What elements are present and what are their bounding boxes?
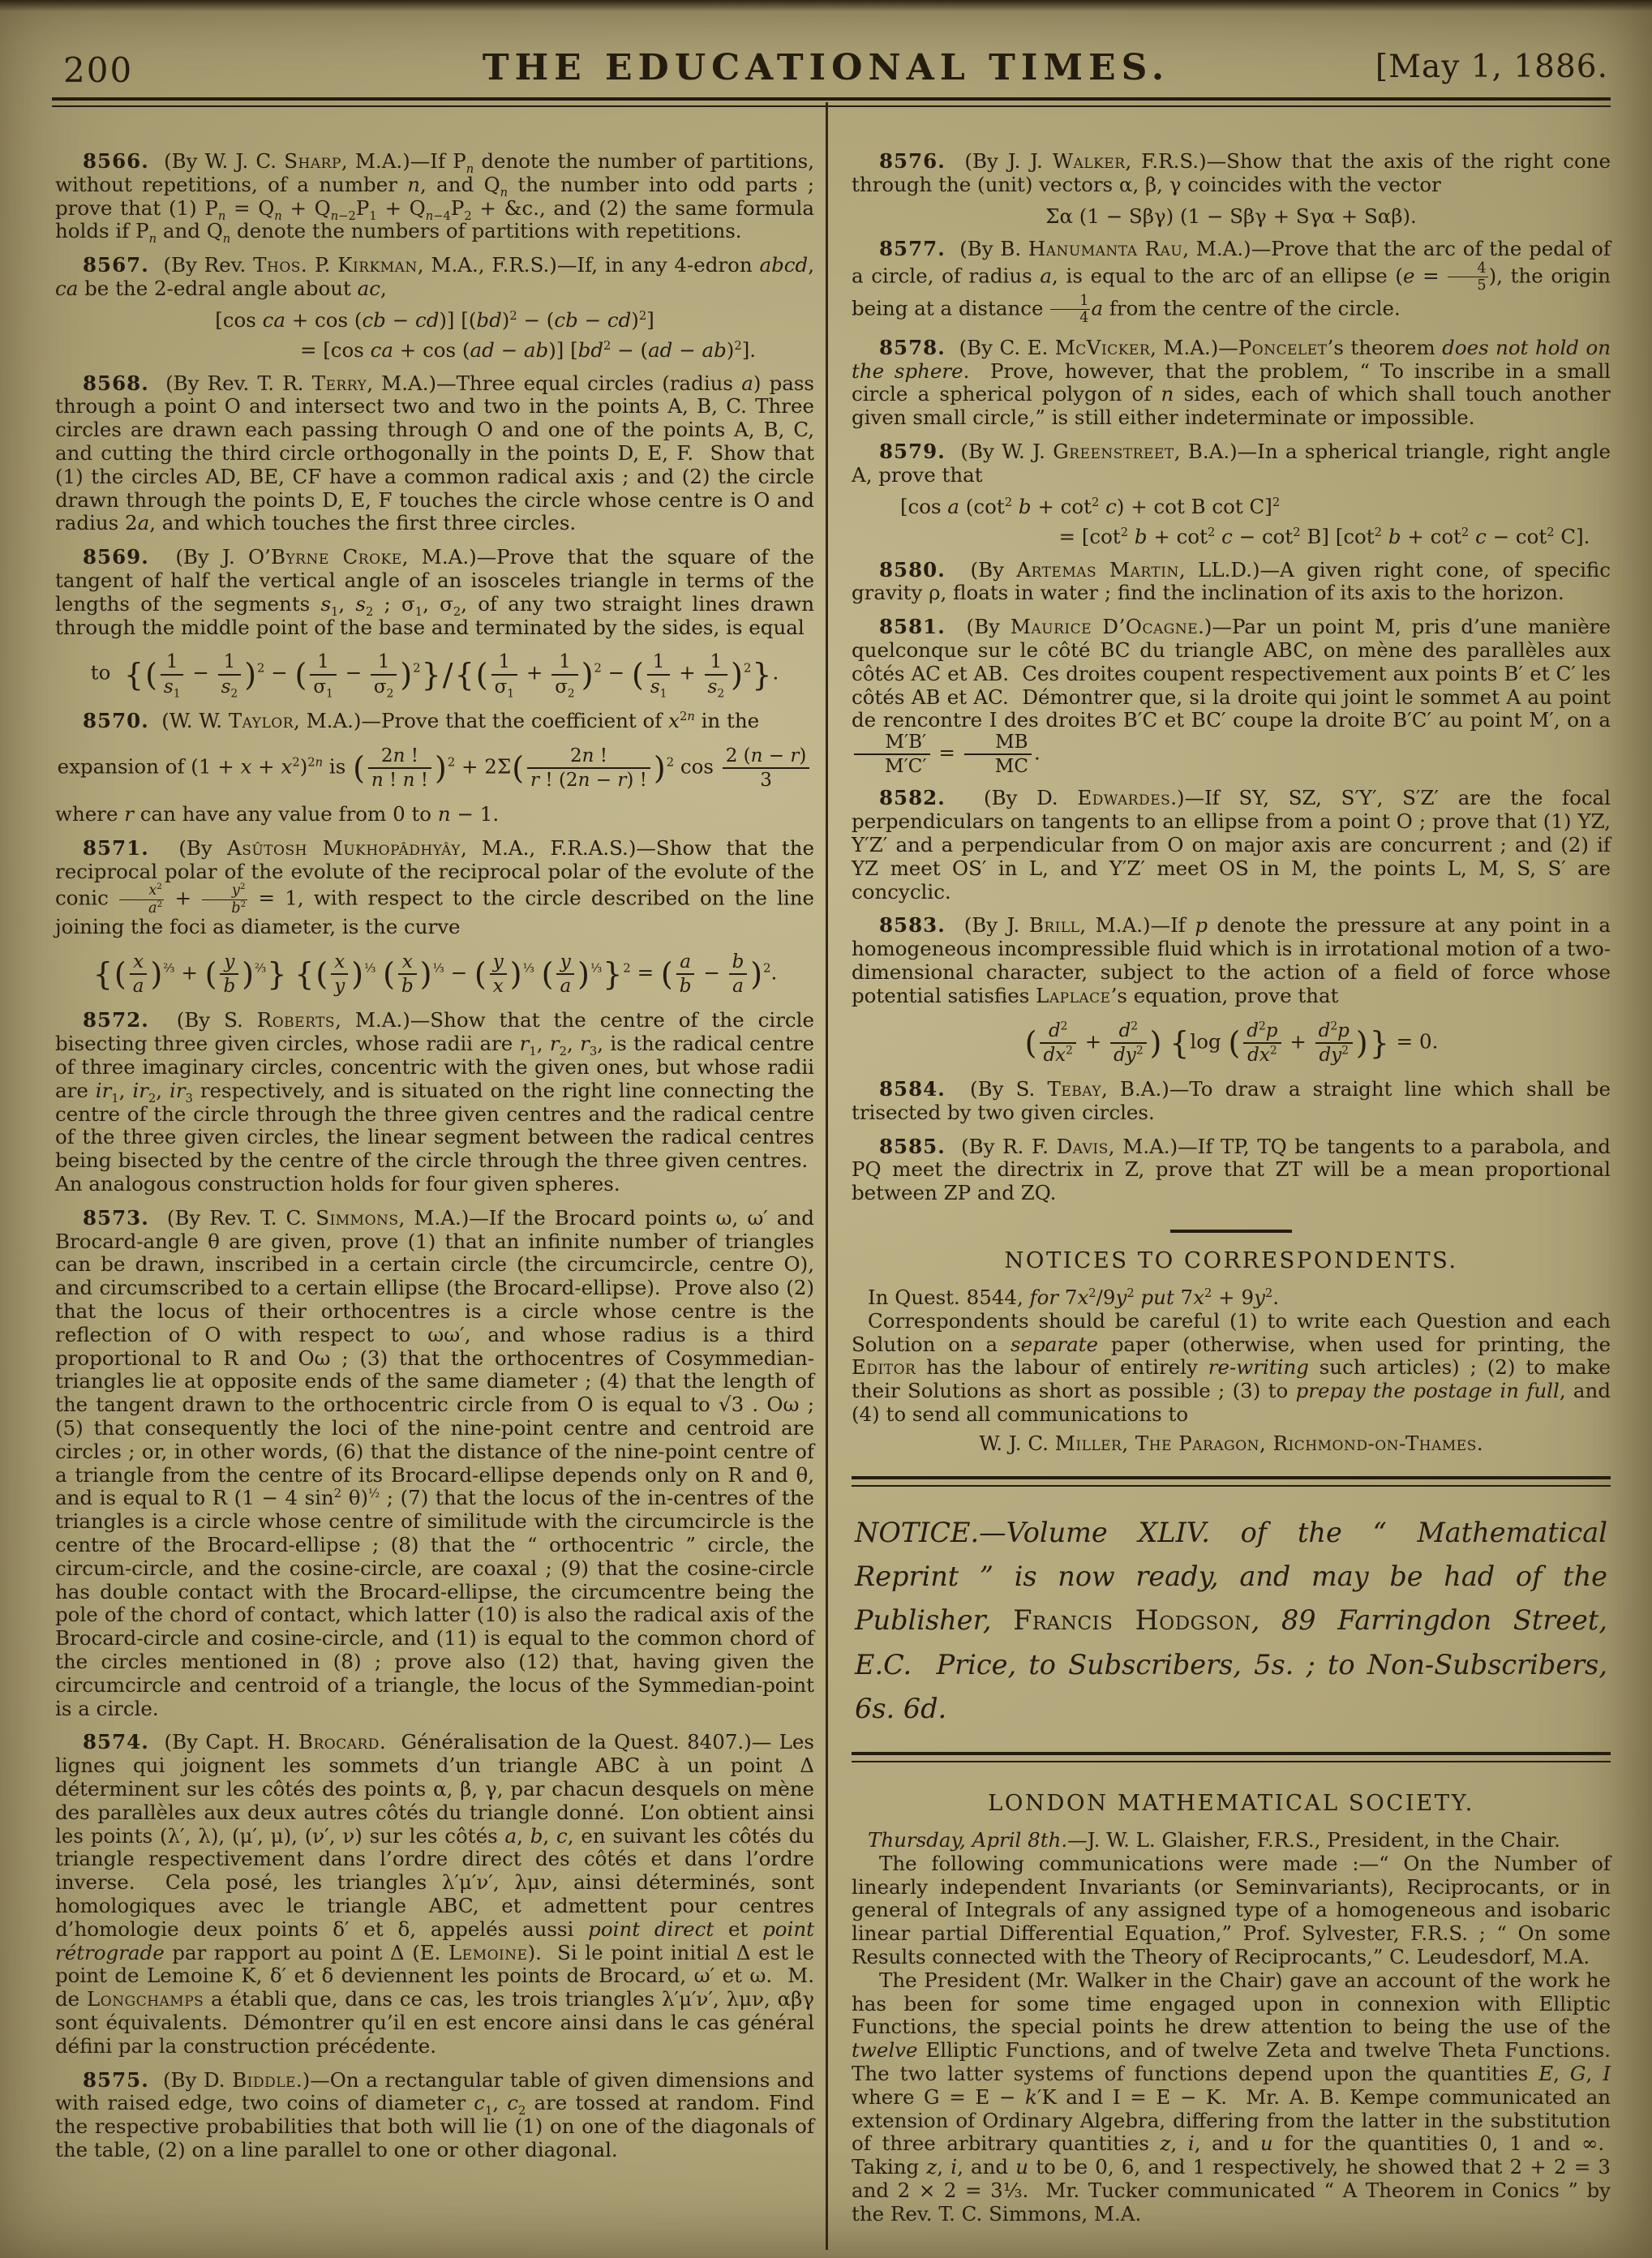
problem-8581: 8581. (By Maurice D’Ocagne.)—Par un poin… (852, 616, 1611, 776)
problem-8566: 8566. (By W. J. C. Sharp, M.A.)—If Pn de… (55, 150, 814, 243)
problem-8582: 8582. (By D. Edwardes.)—If SY, SZ, S′Y′,… (852, 787, 1611, 904)
double-rule-below-notice (852, 1752, 1611, 1762)
reprint-notice: NOTICE.—Volume XLIV. of the “ Mathematic… (855, 1511, 1607, 1731)
notices-correction: In Quest. 8544, for 7x2/9y2 put 7x2 + 9y… (852, 1286, 1611, 1310)
problem-8585: 8585. (By R. F. Davis, M.A.)—If TP, TQ b… (852, 1135, 1611, 1205)
formula-8583: (d2dx2 + d2dy2) {log (d2pdx2 + d2pdy2)} … (852, 1021, 1611, 1065)
left-column: 8566. (By W. J. C. Sharp, M.A.)—If Pn de… (55, 140, 814, 2162)
problem-8576: 8576. (By J. J. Walker, F.R.S.)—Show tha… (852, 150, 1611, 197)
notices-address: W. J. C. Miller, The Paragon, Richmond-o… (852, 1432, 1611, 1455)
problem-8569: 8569. (By J. O’Byrne Croke, M.A.)—Prove … (55, 546, 814, 639)
problem-8571: 8571. (By Asûtosh Mukhopâdhyây, M.A., F.… (55, 837, 814, 939)
problem-8578: 8578. (By C. E. McVicker, M.A.)—Poncelet… (852, 337, 1611, 430)
formula-8567-1: [cos ca + cos (cb − cd)] [(bd)2 − (cb − … (55, 309, 814, 331)
header-rule (52, 97, 1611, 107)
lms-president-account: The President (Mr. Walker in the Chair) … (852, 1969, 1611, 2226)
problem-8570-continued: where r can have any value from 0 to n −… (55, 803, 814, 826)
column-divider-rule (826, 102, 828, 2250)
problem-8567: 8567. (By Rev. Thos. P. Kirkman, M.A., F… (55, 254, 814, 301)
notices-instructions: Correspondents should be careful (1) to … (852, 1310, 1611, 1427)
problem-8568: 8568. (By Rev. T. R. Terry, M.A.)—Three … (55, 372, 814, 536)
problem-8577: 8577. (By B. Hanumanta Rau, M.A.)—Prove … (852, 238, 1611, 326)
lms-section: LONDON MATHEMATICAL SOCIETY. Thursday, A… (852, 1790, 1611, 2226)
problem-8575: 8575. (By D. Biddle.)—On a rectangular t… (55, 2069, 814, 2162)
formula-8569: to {(1s1 − 1s2)2 − (1σ1 − 1σ2)2}/{(1σ1 +… (55, 652, 814, 696)
double-rule-above-notice (852, 1476, 1611, 1487)
formula-8567-2: = [cos ca + cos (ad − ab)] [bd2 − (ad − … (55, 339, 814, 361)
lms-communications: The following communications were made :… (852, 1852, 1611, 1969)
formula-8571: {(xa)⅔ + (yb)⅔} {(xy)⅓ (xb)⅓ − (yx)⅓ (ya… (55, 952, 814, 996)
formula-8579-1: [cos a (cot2 b + cot2 c) + cot B cot C]2 (852, 496, 1611, 517)
problem-8574: 8574. (By Capt. H. Brocard. Généralisati… (55, 1731, 814, 2058)
problem-8583: 8583. (By J. Brill, M.A.)—If p denote th… (852, 914, 1611, 1007)
problem-8572: 8572. (By S. Roberts, M.A.)—Show that th… (55, 1009, 814, 1196)
problem-8573: 8573. (By Rev. T. C. Simmons, M.A.)—If t… (55, 1207, 814, 1721)
problem-8584: 8584. (By S. Tebay, B.A.)—To draw a stra… (852, 1078, 1611, 1125)
formula-8579-2: = [cot2 b + cot2 c − cot2 B] [cot2 b + c… (852, 526, 1611, 547)
page: 200 THE EDUCATIONAL TIMES. [May 1, 1886.… (0, 0, 1652, 2258)
problem-8570: 8570. (W. W. Taylor, M.A.)—Prove that th… (55, 710, 814, 733)
problem-8579: 8579. (By W. J. Greenstreet, B.A.)—In a … (852, 440, 1611, 487)
issue-date: [May 1, 1886. (1375, 49, 1608, 85)
notices-heading: NOTICES TO CORRESPONDENTS. (852, 1247, 1611, 1273)
problem-8580: 8580. (By Artemas Martin, LL.D.)—A given… (852, 559, 1611, 606)
right-column: 8576. (By J. J. Walker, F.R.S.)—Show tha… (852, 140, 1611, 2226)
formula-8576: Σα (1 − Sβγ) (1 − Sβγ + Sγα + Sαβ). (852, 205, 1611, 227)
lms-heading: LONDON MATHEMATICAL SOCIETY. (852, 1790, 1611, 1816)
section-divider-short-rule (1170, 1230, 1292, 1233)
lms-meeting-line: Thursday, April 8th.—J. W. L. Glaisher, … (852, 1829, 1611, 1852)
formula-8570: expansion of (1 + x + x2)2n is (2n !n ! … (55, 746, 814, 790)
